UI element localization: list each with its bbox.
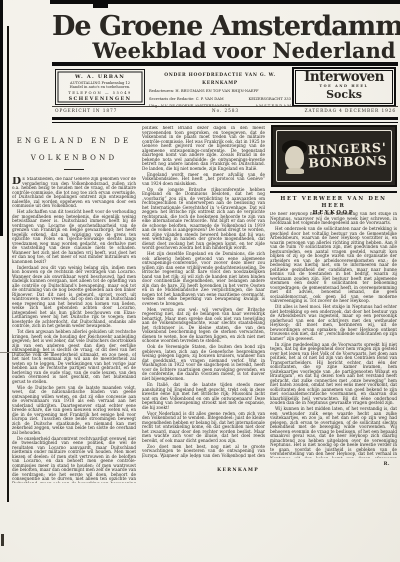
article-paragraph: Het onderzoek van de sollicitanten naar …: [270, 227, 397, 304]
right-article-title-line1: HET VERWEER VAN DEN HEER: [270, 196, 397, 210]
main-article-signature: KERNKAMP: [142, 468, 259, 473]
main-article-column-2: politiek heeft Briand dezer dagen in den…: [142, 126, 265, 458]
masthead: De Groene Amsterdammer Weekblad voor Ned…: [52, 13, 398, 61]
article-paragraph: Ook de Vereenigde Staten, die buiten den…: [142, 345, 265, 381]
article-paragraph: De heer Heykoop heeft, naar aanleiding v…: [270, 212, 397, 226]
portrait-face: [285, 146, 304, 170]
article-paragraph-text: E Staatslieden, die naar Genève zijn gek…: [12, 177, 136, 208]
article-paragraph: Het zijn dezelfde Engeland en de Dominio…: [142, 252, 265, 306]
article-paragraph: Men versta ons wel: wij verwijten der Br…: [142, 308, 265, 344]
urban-advertisement: W. A. URBAN AUTOSTALLING Frankenslag 12 …: [55, 69, 145, 105]
interwoven-brand: Interwoven: [294, 71, 394, 84]
ringers-portrait-illustration: [282, 138, 308, 174]
ringers-product: BONBONS: [308, 154, 388, 171]
urban-ad-city: SCHEVENINGEN: [56, 96, 144, 103]
title-divider: [64, 169, 84, 170]
editorial-editors-text: Redacteuren: H. BRUGMANS EN TOP VAN RHIJ…: [149, 88, 259, 96]
scan-artifact-left-line: [7, 26, 9, 502]
header-thick-rule: [52, 117, 398, 123]
article-paragraph: Engeland wordt meer en meer afvallig van…: [142, 173, 265, 187]
issue-info-line: OPGERICHT IN 1877 No. 2583 ZATERDAG 4 DE…: [55, 109, 396, 116]
main-article-title: ENGELAND EN DE VOLKENBOND: [12, 133, 136, 166]
portrait-collar: [286, 168, 304, 174]
article-paragraph: En Italië, dat in de laatste tijden stee…: [142, 383, 265, 410]
ringers-ad-text: RINGERS' BONBONS: [308, 142, 392, 171]
main-article-column-1: DE Staatslieden, die naar Genève zijn ge…: [12, 177, 136, 483]
ringers-ad-frame: RINGERS' BONBONS: [276, 130, 392, 182]
article-paragraph: Wie de Duitsche pers van de laatste maan…: [12, 386, 136, 436]
right-column-rule: [270, 191, 397, 193]
article-paragraph: In zijne mededeeling aan de Voorwaarts s…: [270, 343, 397, 406]
editorial-secretary: Secretaris der Redactie: C. P. VAN DAM K…: [149, 96, 291, 104]
article-paragraph: De onzekerheid daaromtrent rechtvaardigt…: [12, 437, 136, 483]
article-paragraph: DE Staatslieden, die naar Genève zijn ge…: [12, 177, 136, 209]
article-paragraph: Voor Nederland is dit alles geene reden,…: [142, 412, 265, 444]
newspaper-title: De Groene Amsterdammer: [52, 13, 398, 41]
issue-date: ZATERDAG 4 DECEMBER 1926: [305, 109, 396, 114]
right-article-signature: R.: [270, 462, 390, 467]
article-paragraph: Op de jongste Britsche rijksconferentie …: [142, 188, 265, 251]
editorial-secretary-text: Secretaris der Redactie: C. P. VAN DAM: [149, 96, 224, 104]
editorial-chief: ONDER HOOFDREDACTIE VAN G. W. KERNKAMP: [149, 72, 291, 88]
main-article-title-line2: VOLKENBOND: [12, 150, 136, 167]
newspaper-subtitle: Weekblad voor Nederland: [52, 41, 398, 61]
article-paragraph: Dit alles is heel mooi. Het stukje in Ne…: [270, 305, 397, 341]
article-paragraph: Wij kunnen in het midden laten, of het v…: [270, 407, 397, 458]
scan-artifact-top-notch: [93, 4, 108, 8]
article-paragraph: Tot dien argwaan hebben allerlei geluide…: [12, 330, 136, 384]
editorial-editors: Redacteuren: H. BRUGMANS EN TOP VAN RHIJ…: [149, 88, 291, 96]
urban-ad-phone: TELEFOON — 55049: [56, 90, 144, 95]
editorial-block: ONDER HOOFDREDACTIE VAN G. W. KERNKAMP R…: [149, 72, 291, 111]
scan-artifact-speck: [1, 534, 4, 546]
article-paragraph: Inderdaad zou dit van weinig belang zijn…: [12, 266, 136, 329]
interwoven-product: Socks: [294, 89, 394, 100]
scan-artifact-left-edge: [0, 0, 3, 236]
article-paragraph: Het afschaffen van dit toezicht heeft vo…: [12, 210, 136, 264]
header-thin-rule: [52, 106, 398, 107]
ringers-advertisement: RINGERS' BONBONS: [271, 125, 397, 187]
article-paragraph: Zoo doet men het best, nog niet al te gr…: [142, 445, 265, 458]
newspaper-page: De Groene Amsterdammer Weekblad voor Ned…: [0, 0, 400, 562]
main-article-title-line1: ENGELAND EN DE: [12, 133, 136, 150]
right-article-column: De heer Heykoop heeft, naar aanleiding v…: [270, 212, 397, 458]
article-paragraph: politiek heeft Briand dezer dagen in den…: [142, 126, 265, 171]
interwoven-advertisement: Interwoven TOE AND HEEL Socks: [292, 67, 396, 107]
editorial-address: KEIZERSGRACHT 333: [248, 96, 291, 104]
